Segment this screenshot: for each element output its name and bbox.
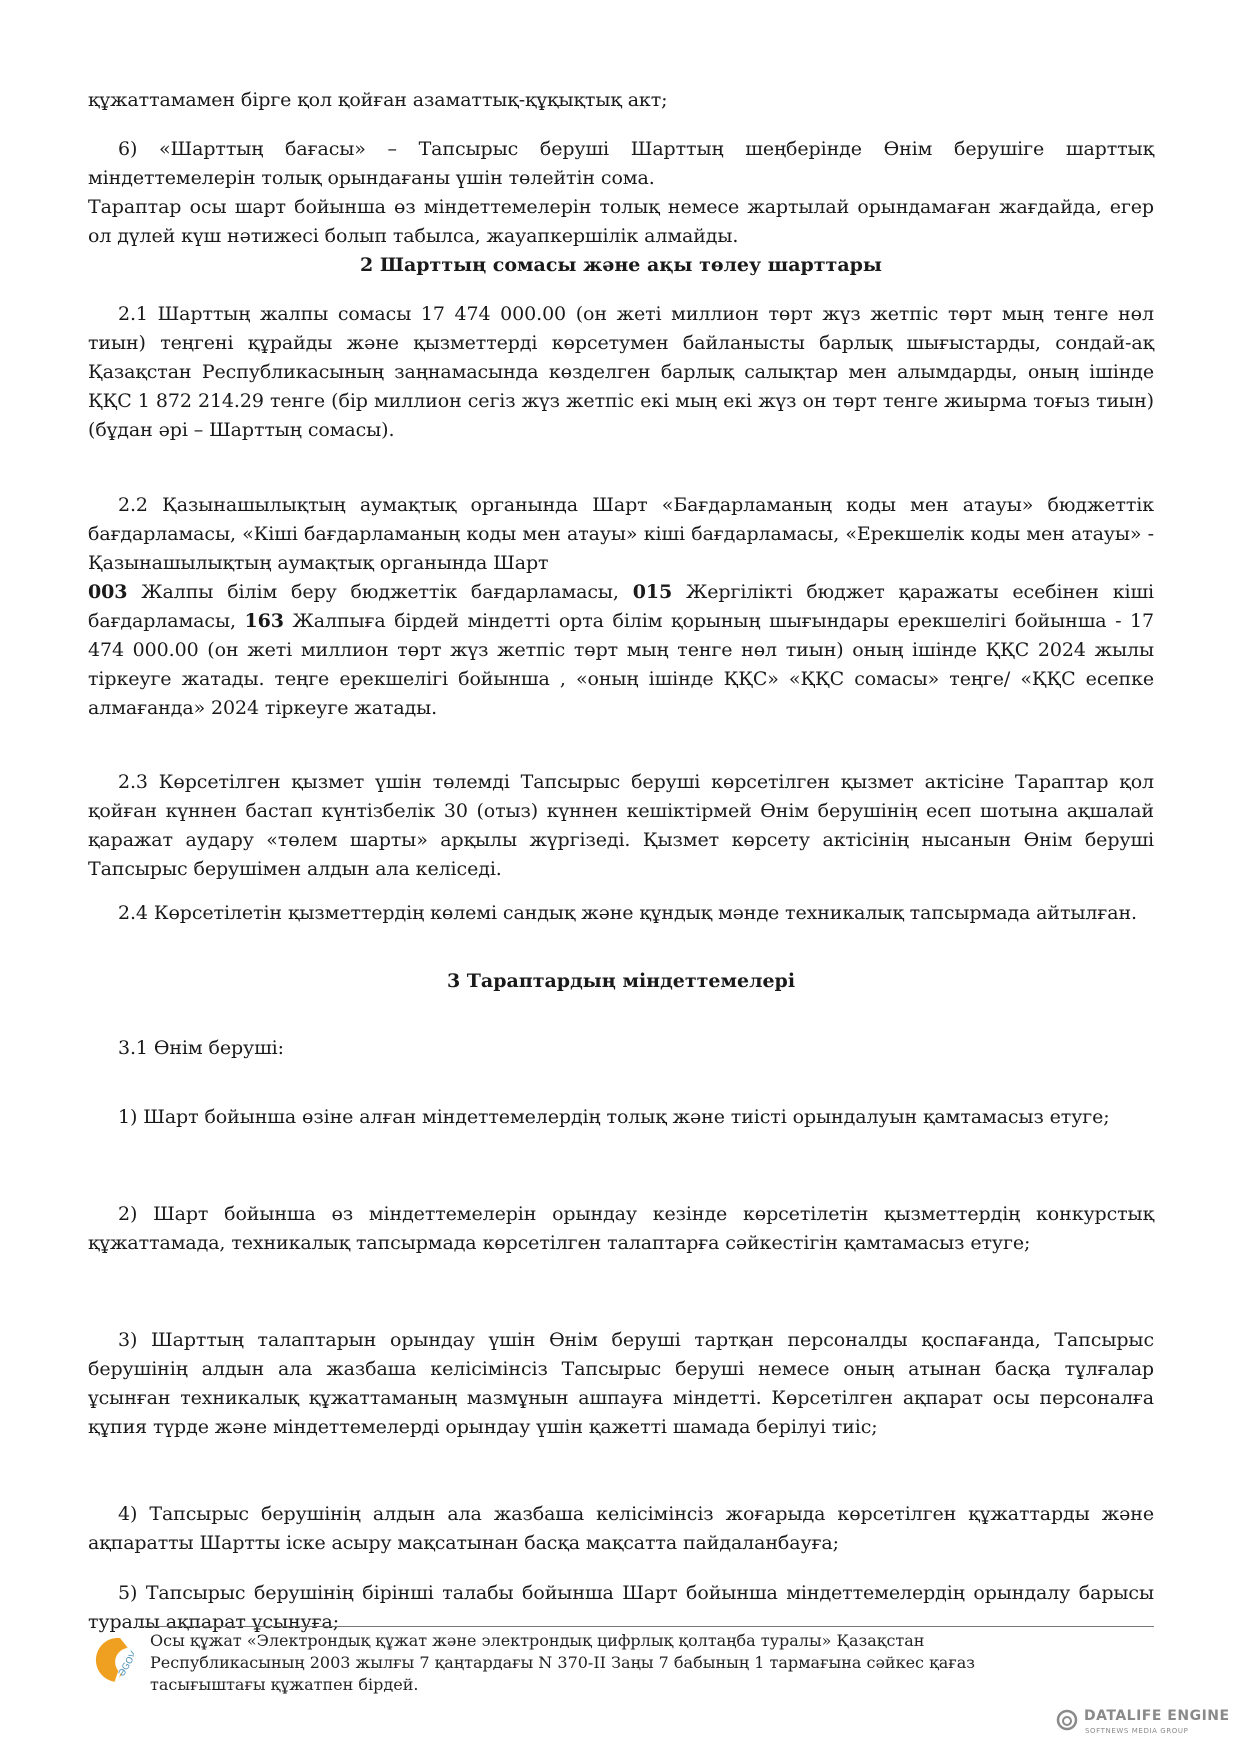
section-3-heading: 3 Тараптардың міндеттемелері [88,967,1154,996]
budget-program-text: Жалпы білім беру бюджеттік бағдарламасы, [127,581,632,603]
footer-legal-notice: Осы құжат «Электрондық құжат және электр… [150,1630,1050,1696]
footer-divider [138,1626,1154,1627]
paragraph-2-3: 2.3 Көрсетілген қызмет үшін төлемді Тапс… [88,768,1154,884]
specifics-code: 163 [245,610,284,632]
paragraph-2-1: 2.1 Шарттың жалпы сомасы 17 474 000.00 (… [88,300,1154,445]
obligation-item-4: 4) Тапсырыс берушінің алдын ала жазбаша … [88,1500,1154,1558]
subprogram-code: 015 [633,581,672,603]
watermark-subtitle: SOFTNEWS MEDIA GROUP [1085,1727,1188,1735]
force-majeure-paragraph: Тараптар осы шарт бойынша өз міндеттемел… [88,193,1154,251]
paragraph-2-4: 2.4 Көрсетілетін қызметтердің көлемі сан… [88,899,1154,928]
budget-program-code: 003 [88,581,127,603]
paragraph-2-2-body: 003 Жалпы білім беру бюджеттік бағдарлам… [88,578,1154,723]
obligation-item-3: 3) Шарттың талаптарын орындау үшін Өнім … [88,1326,1154,1442]
obligation-item-5: 5) Тапсырыс берушінің бірінші талабы бой… [88,1579,1154,1637]
item-6-paragraph: 6) «Шарттың бағасы» – Тапсырыс беруші Ша… [88,135,1154,193]
section-2-heading: 2 Шарттың сомасы және ақы төлеу шарттары [88,251,1154,280]
watermark: DATALIFE ENGINE SOFTNEWS MEDIA GROUP [1050,1705,1240,1745]
top-continuation-text: құжаттамамен бірге қол қойған азаматтық-… [88,86,1154,115]
obligation-item-1: 1) Шарт бойынша өзіне алған міндеттемеле… [88,1103,1154,1132]
egov-seal-icon: ƏGOV [92,1634,134,1686]
obligation-item-2: 2) Шарт бойынша өз міндеттемелерін орынд… [88,1200,1154,1258]
paragraph-2-2-intro: 2.2 Қазынашылықтың аумақтық органында Ша… [88,491,1154,578]
dle-logo-icon [1056,1709,1078,1731]
paragraph-3-1: 3.1 Өнім беруші: [88,1034,1154,1063]
watermark-title: DATALIFE ENGINE [1084,1708,1230,1724]
